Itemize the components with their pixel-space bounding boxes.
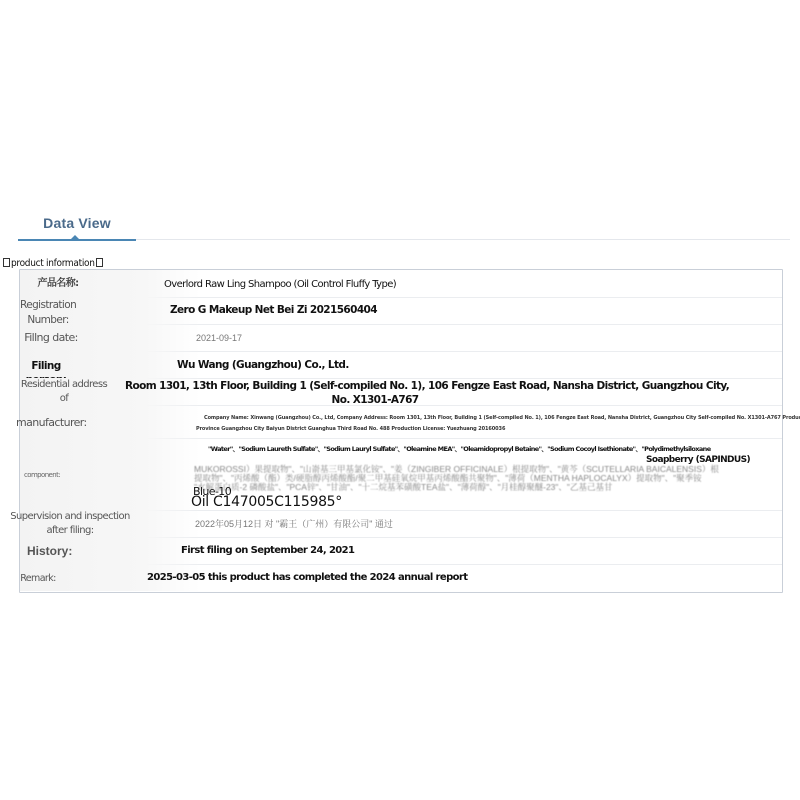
value-registration: Zero G Makeup Net Bei Zi 2021560404 (170, 304, 377, 317)
label-manufacturer: manufacturer: (16, 416, 80, 430)
tab-bar: Data View (18, 210, 790, 242)
value-address: Room 1301, 13th Floor, Building 1 (Self-… (125, 379, 565, 407)
table-row-supervision: Supervision and inspection after filing:… (20, 510, 782, 538)
label-remark: Remark: (20, 572, 56, 586)
table-row-filing-date: Fillng date: 2021-09-17 (20, 324, 782, 352)
value-component-oil: Oil C147005C115985° (191, 495, 342, 509)
label-line: after filing: (6, 524, 134, 538)
value-product-name: Overlord Raw Ling Shampoo (Oil Control F… (164, 278, 396, 291)
table-row-manufacturer: manufacturer: Company Name: Xinwang (Gua… (20, 405, 782, 439)
value-filing-date: 2021-09-17 (196, 332, 242, 345)
value-remark: 2025-03-05 this product has completed th… (147, 571, 467, 584)
bracket-icon (96, 258, 103, 267)
table-row-filing-person: Filing person: Wu Wang (Guangzhou) Co., … (20, 351, 782, 379)
label-history: History: (27, 544, 71, 558)
section-title-text: product information (11, 258, 95, 269)
label-line: Residential address of (20, 378, 108, 406)
label-product-name: 产品名称: (28, 277, 88, 291)
tab-data-view[interactable]: Data View (18, 210, 136, 241)
value-component-text: MUKOROSSI）果提取物"、"山嵛基三甲基氯化铵"、"姜（ZINGIBER … (194, 465, 719, 492)
label-filing-date: Fillng date: (24, 331, 78, 345)
bracket-icon (3, 258, 10, 267)
value-line: Company Name: Xinwang (Guangzhou) Co., L… (204, 414, 800, 422)
value-line: Province Guangzhou City Baiyun District … (196, 425, 800, 433)
tab-underline (18, 239, 136, 241)
section-title: product information (2, 258, 104, 269)
caret-up-icon (71, 235, 79, 239)
table-row-history: History: First filing on September 24, 2… (20, 537, 782, 565)
value-history: First filing on September 24, 2021 (181, 544, 354, 557)
table-row-registration: Registration Number: Zero G Makeup Net B… (20, 297, 782, 325)
value-line: "水解蛋白质-2 磷酸盐"、"PCA锌"、"甘油"、"十二烷基苯磺酸TEA盐"、… (194, 483, 719, 492)
value-supervision: 2022年05月12日 对 "霸王（广州）有限公司" 通过 (195, 518, 393, 531)
value-manufacturer: Company Name: Xinwang (Guangzhou) Co., L… (204, 414, 800, 433)
label-component: component: (20, 468, 64, 482)
value-line: Room 1301, 13th Floor, Building 1 (Self-… (125, 379, 565, 393)
product-info-table: 产品名称: Overlord Raw Ling Shampoo (Oil Con… (19, 269, 783, 593)
tab-label: Data View (18, 210, 136, 231)
table-row-address: Residential address of the filing person… (20, 378, 782, 406)
value-component-line1: "Water"、"Sodium Laureth Sulfate"、"Sodium… (208, 445, 711, 454)
table-row-remark: Remark: 2025-03-05 this product has comp… (20, 564, 782, 591)
label-supervision: Supervision and inspection after filing: (6, 510, 134, 538)
label-line: Registration (20, 298, 76, 313)
table-row-product-name: 产品名称: Overlord Raw Ling Shampoo (Oil Con… (20, 270, 782, 298)
value-filing-person: Wu Wang (Guangzhou) Co., Ltd. (177, 359, 349, 372)
table-row-component: component: "Water"、"Sodium Laureth Sulfa… (20, 438, 782, 511)
label-line: Supervision and inspection (6, 510, 134, 524)
